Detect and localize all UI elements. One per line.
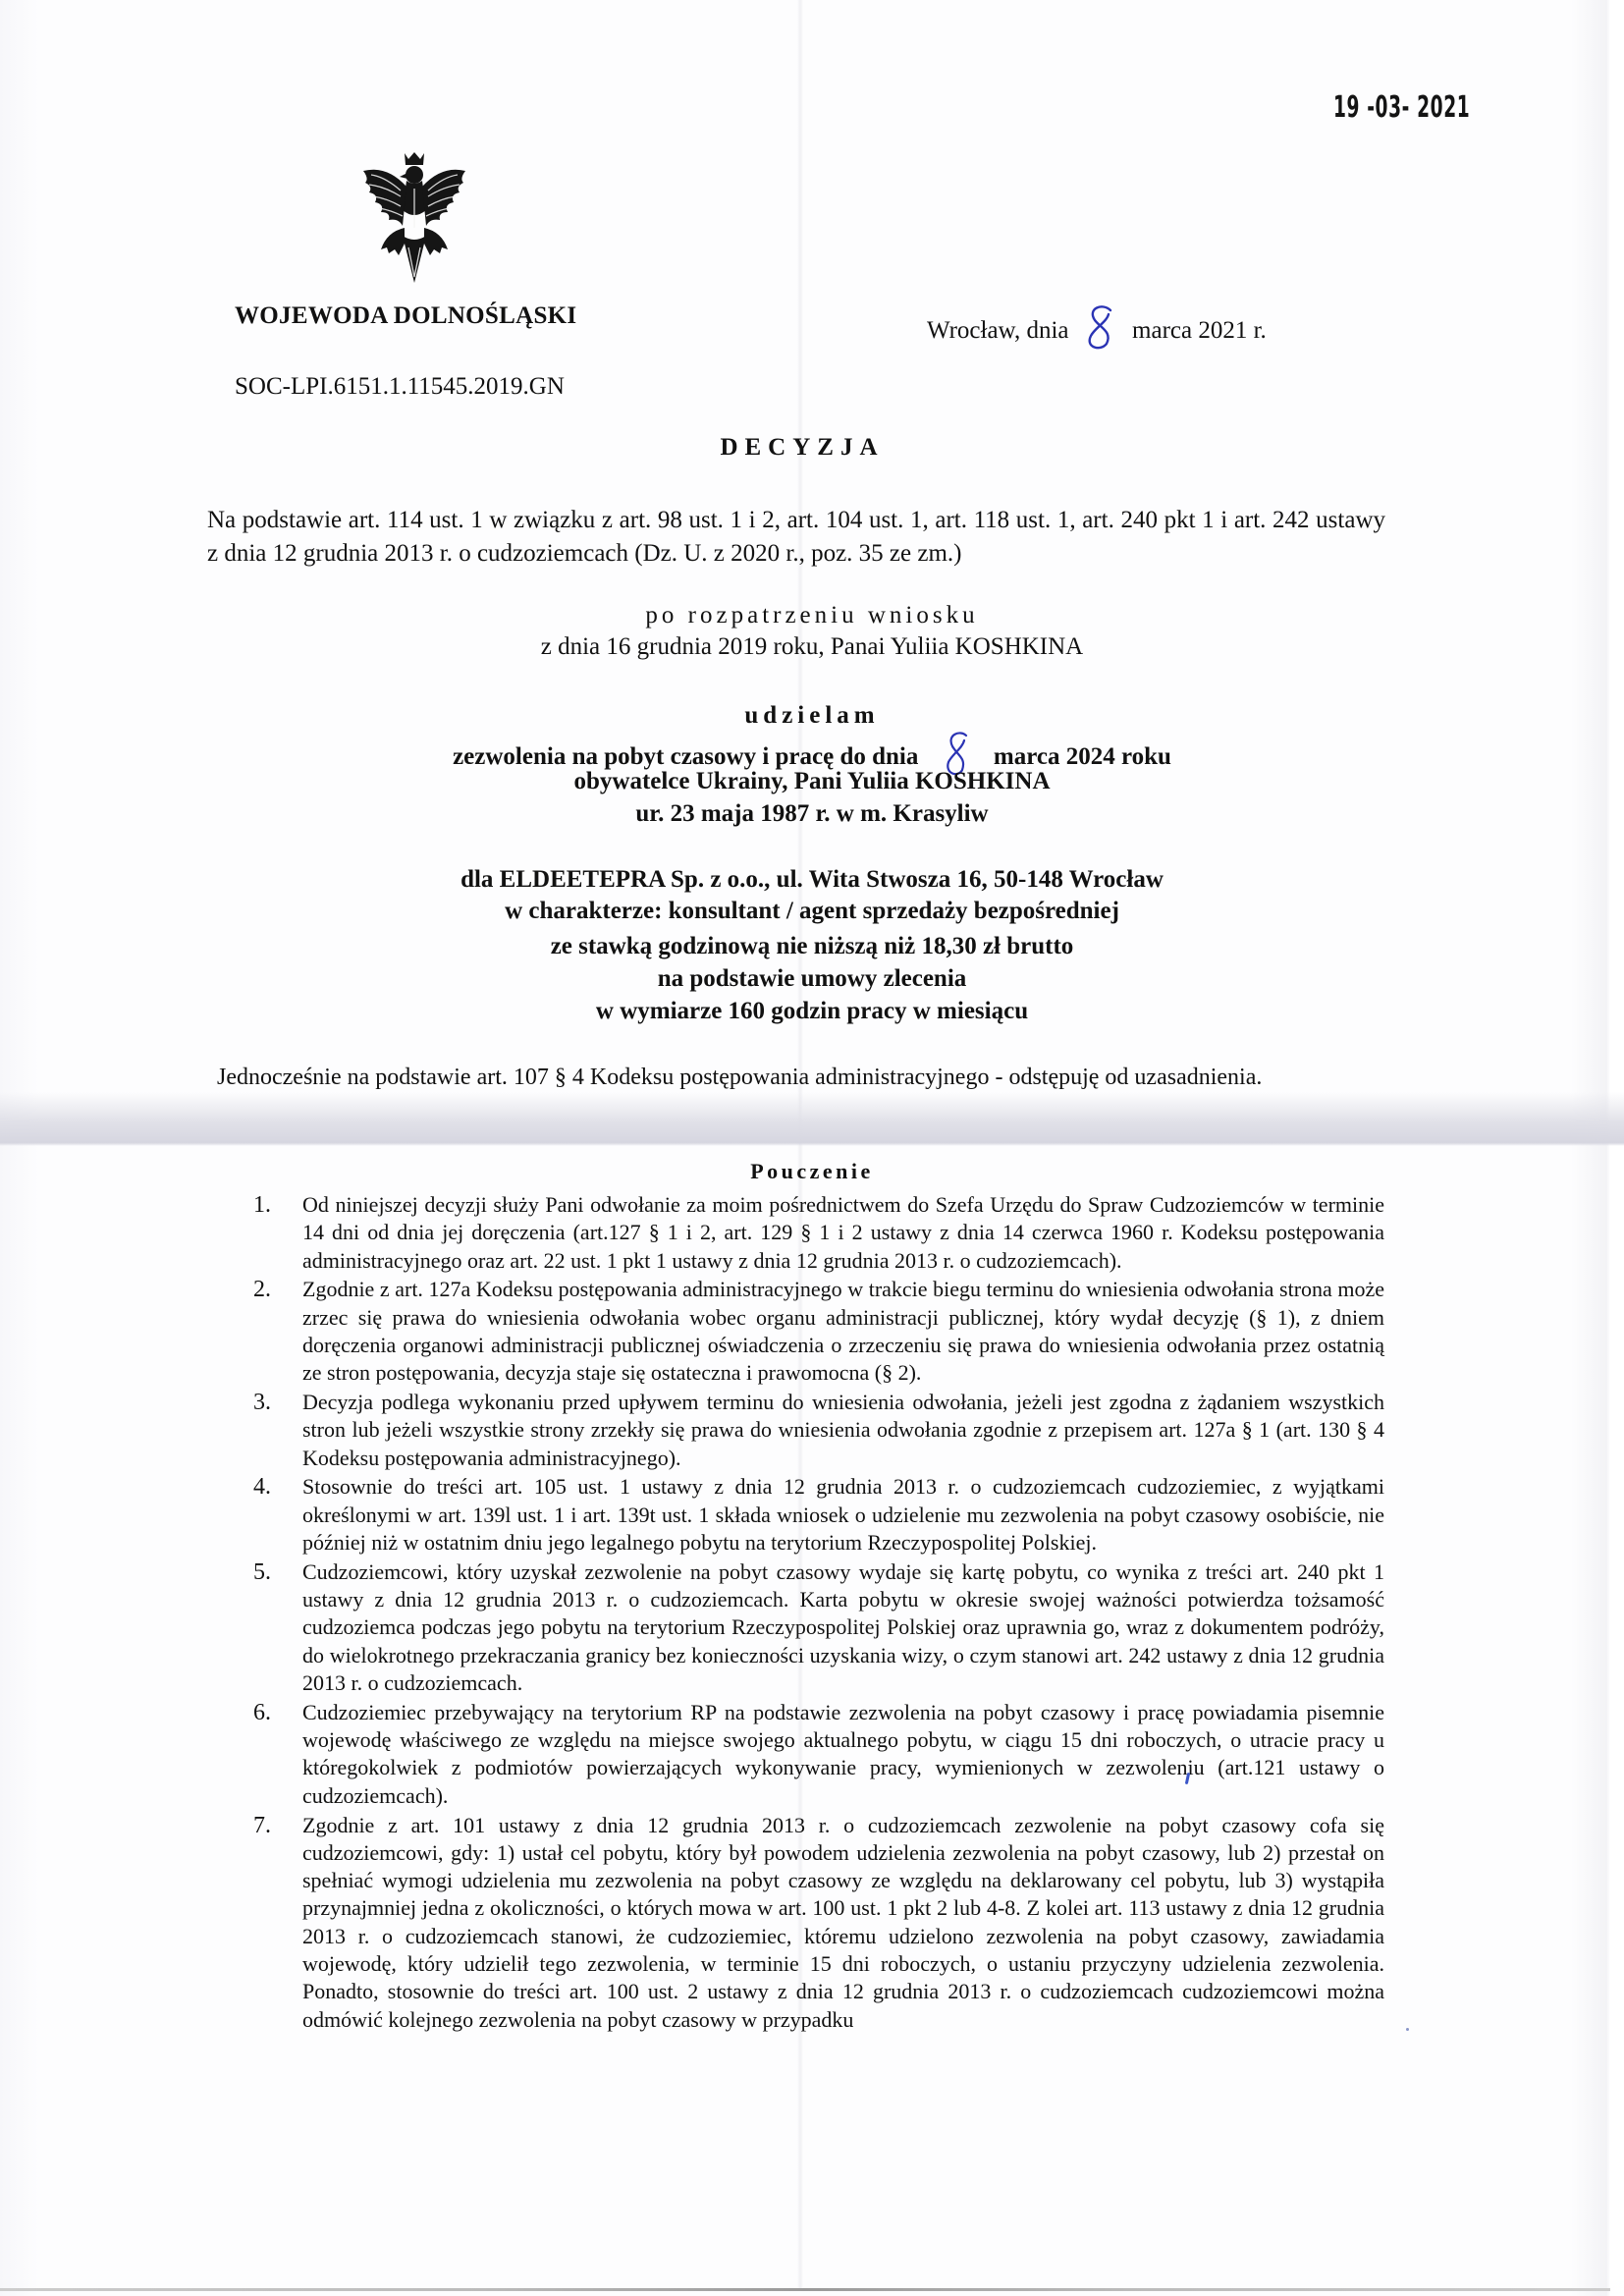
case-number: SOC-LPI.6151.1.11545.2019.GN [235,373,565,401]
position-line: w charakterze: konsultant / agent sprzed… [0,898,1624,925]
employer-line: dla ELDEETEPRA Sp. z o.o., ul. Wita Stwo… [0,866,1624,894]
instruction-item-2: 2.Zgodnie z art. 127a Kodeksu postępowan… [253,1276,1384,1387]
item-text: Cudzoziemcowi, który uzyskał zezwolenie … [302,1559,1384,1695]
place-date-suffix: marca 2021 r. [1132,317,1267,344]
contract-line: na podstawie umowy zlecenia [0,965,1624,993]
instructions-heading: Pouczenie [0,1159,1624,1184]
item-number: 3. [253,1389,271,1416]
item-text: Zgodnie z art. 101 ustawy z dnia 12 grud… [302,1813,1384,2032]
decision-title-text: DECYZJA [720,434,884,462]
item-text: Od niniejszej decyzji służy Pani odwołan… [302,1192,1384,1273]
item-text: Stosownie do treści art. 105 ust. 1 usta… [302,1474,1384,1555]
after-review-heading: po rozpatrzeniu wniosku [0,602,1624,629]
birth-line: ur. 23 maja 1987 r. w m. Krasyliw [0,800,1624,828]
permit-suffix: marca 2024 roku [994,743,1171,770]
document-title: DECYZJA [0,434,1624,462]
horizontal-fold-shadow [0,1092,1624,1146]
instruction-item-7: 7.Zgodnie z art. 101 ustawy z dnia 12 gr… [253,1812,1384,2034]
wage-line: ze stawką godzinową nie niższą niż 18,30… [0,933,1624,960]
instruction-item-6: 6.Cudzoziemiec przebywający na terytoriu… [253,1699,1384,1810]
instructions-list: 1.Od niniejszej decyzji służy Pani odwoł… [253,1191,1384,2035]
item-number: 1. [253,1191,271,1219]
instruction-item-5: 5.Cudzoziemcowi, który uzyskał zezwoleni… [253,1558,1384,1697]
instruction-item-3: 3.Decyzja podlega wykonaniu przed upływe… [253,1389,1384,1472]
citizen-line: obywatelce Ukrainy, Pani Yuliia KOSHKINA [0,768,1624,795]
instruction-item-4: 4.Stosownie do treści art. 105 ust. 1 us… [253,1473,1384,1557]
grant-word: udzielam [0,702,1624,730]
ink-speck [1406,2028,1409,2031]
place-and-date: Wrocław, dnia marca 2021 r. [927,304,1267,352]
item-text: Zgodnie z art. 127a Kodeksu postępowania… [302,1277,1384,1385]
place-date-prefix: Wrocław, dnia [927,317,1069,344]
application-line: z dnia 16 grudnia 2019 roku, Panai Yulii… [0,633,1624,661]
item-text: Decyzja podlega wykonaniu przed upływem … [302,1390,1384,1470]
item-number: 2. [253,1276,271,1303]
stamp-date-text: 19 -03- 2021 [1333,90,1470,125]
polish-eagle-emblem-icon [353,149,475,289]
instruction-item-1: 1.Od niniejszej decyzji służy Pani odwoł… [253,1191,1384,1275]
issuing-authority: WOJEWODA DOLNOŚLĄSKI [235,302,576,330]
item-number: 4. [253,1473,271,1501]
page-bottom-edge [0,2288,1610,2291]
permit-prefix: zezwolenia na pobyt czasowy i pracę do d… [453,743,918,770]
justification-waiver-note: Jednocześnie na podstawie art. 107 § 4 K… [217,1065,1262,1091]
legal-basis-paragraph: Na podstawie art. 114 ust. 1 w związku z… [207,504,1385,571]
hours-line: w wymiarze 160 godzin pracy w miesiącu [0,998,1624,1025]
received-date-stamp: 19 -03- 2021 [1333,90,1470,125]
handwritten-day-8-icon [1081,304,1120,352]
item-text: Cudzoziemiec przebywający na terytorium … [302,1700,1384,1808]
item-number: 5. [253,1558,271,1586]
item-number: 7. [253,1812,271,1839]
item-number: 6. [253,1699,271,1726]
